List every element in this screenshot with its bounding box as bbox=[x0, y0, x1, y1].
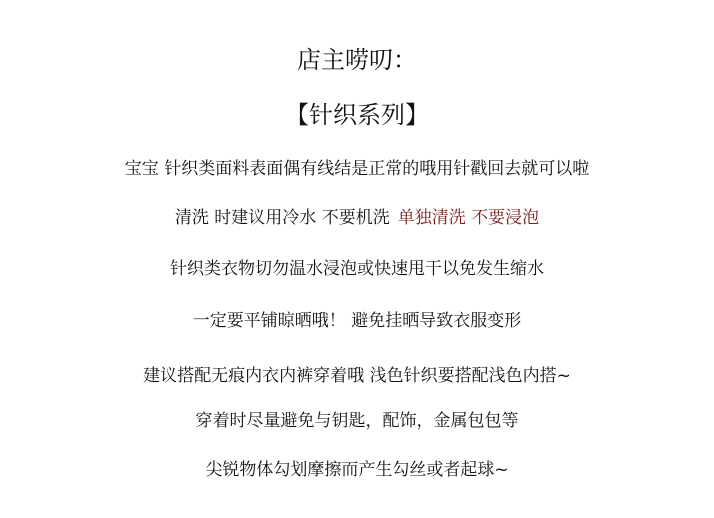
note-washing: 清洗 时建议用冷水 不要机洗单独清洗 不要浸泡 bbox=[0, 210, 714, 227]
note-thread-knots: 宝宝 针织类面料表面偶有线结是正常的哦用针戳回去就可以啦 bbox=[0, 161, 714, 178]
series-title: 【针织系列】 bbox=[0, 103, 714, 127]
note-avoid-accessories: 穿着时尽量避免与钥匙，配饰，金属包包等 bbox=[0, 413, 714, 430]
note-washing-warning: 单独清洗 不要浸泡 bbox=[398, 208, 539, 228]
note-washing-cold-water: 清洗 时建议用冷水 不要机洗 bbox=[175, 208, 390, 228]
page-title: 店主唠叨： bbox=[0, 48, 714, 72]
note-underwear: 建议搭配无痕内衣内裤穿着哦 浅色针织要搭配浅色内搭~ bbox=[0, 368, 714, 385]
note-shrinkage: 针织类衣物切勿温水浸泡或快速甩干以免发生缩水 bbox=[0, 261, 714, 278]
note-snagging: 尖锐物体勾划摩擦而产生勾丝或者起球~ bbox=[0, 462, 714, 479]
note-drying: 一定要平铺晾晒哦！ 避免挂晒导致衣服变形 bbox=[0, 313, 714, 330]
